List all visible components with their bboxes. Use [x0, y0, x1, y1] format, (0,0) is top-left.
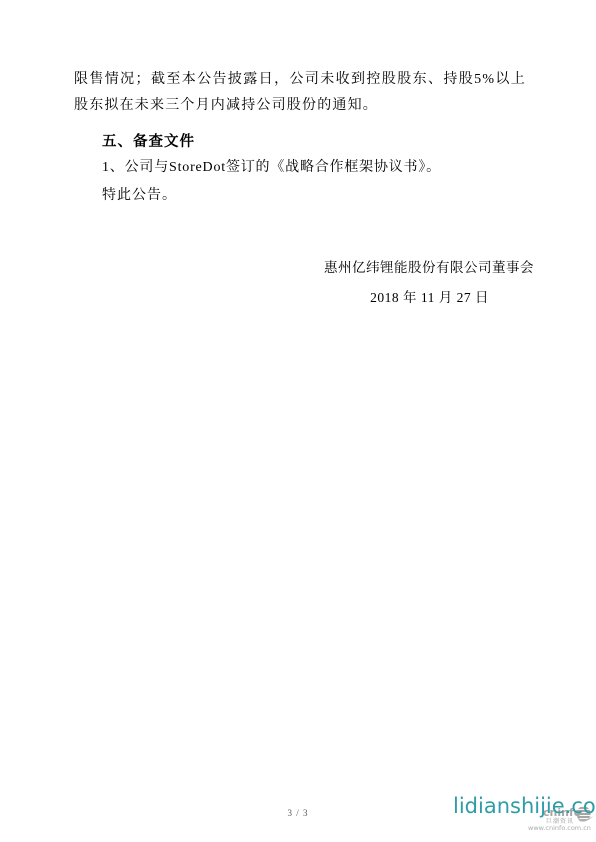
cninfo-url-text: www.cninfo.com.cn — [528, 824, 591, 832]
list-item-agreement: 1、公司与StoreDot签订的《战略合作框架协议书》。 — [102, 156, 441, 176]
section-heading-reference-documents: 五、备查文件 — [102, 130, 195, 151]
watermark-group: cninfo lidianshijie.com 巨潮资讯 www.cninfo.… — [0, 0, 596, 842]
paragraph-share-restriction: 限售情况；截至本公告披露日，公司未收到控股股东、持股5%以上股东拟在未来三个月内… — [74, 67, 526, 119]
closing-statement: 特此公告。 — [102, 184, 177, 204]
page-number: 3 / 3 — [0, 808, 596, 818]
signature-date: 2018 年 11 月 27 日 — [370, 286, 489, 306]
document-page: 限售情况；截至本公告披露日，公司未收到控股股东、持股5%以上股东拟在未来三个月内… — [0, 0, 596, 842]
signature-company: 惠州亿纬锂能股份有限公司董事会 — [324, 256, 534, 276]
